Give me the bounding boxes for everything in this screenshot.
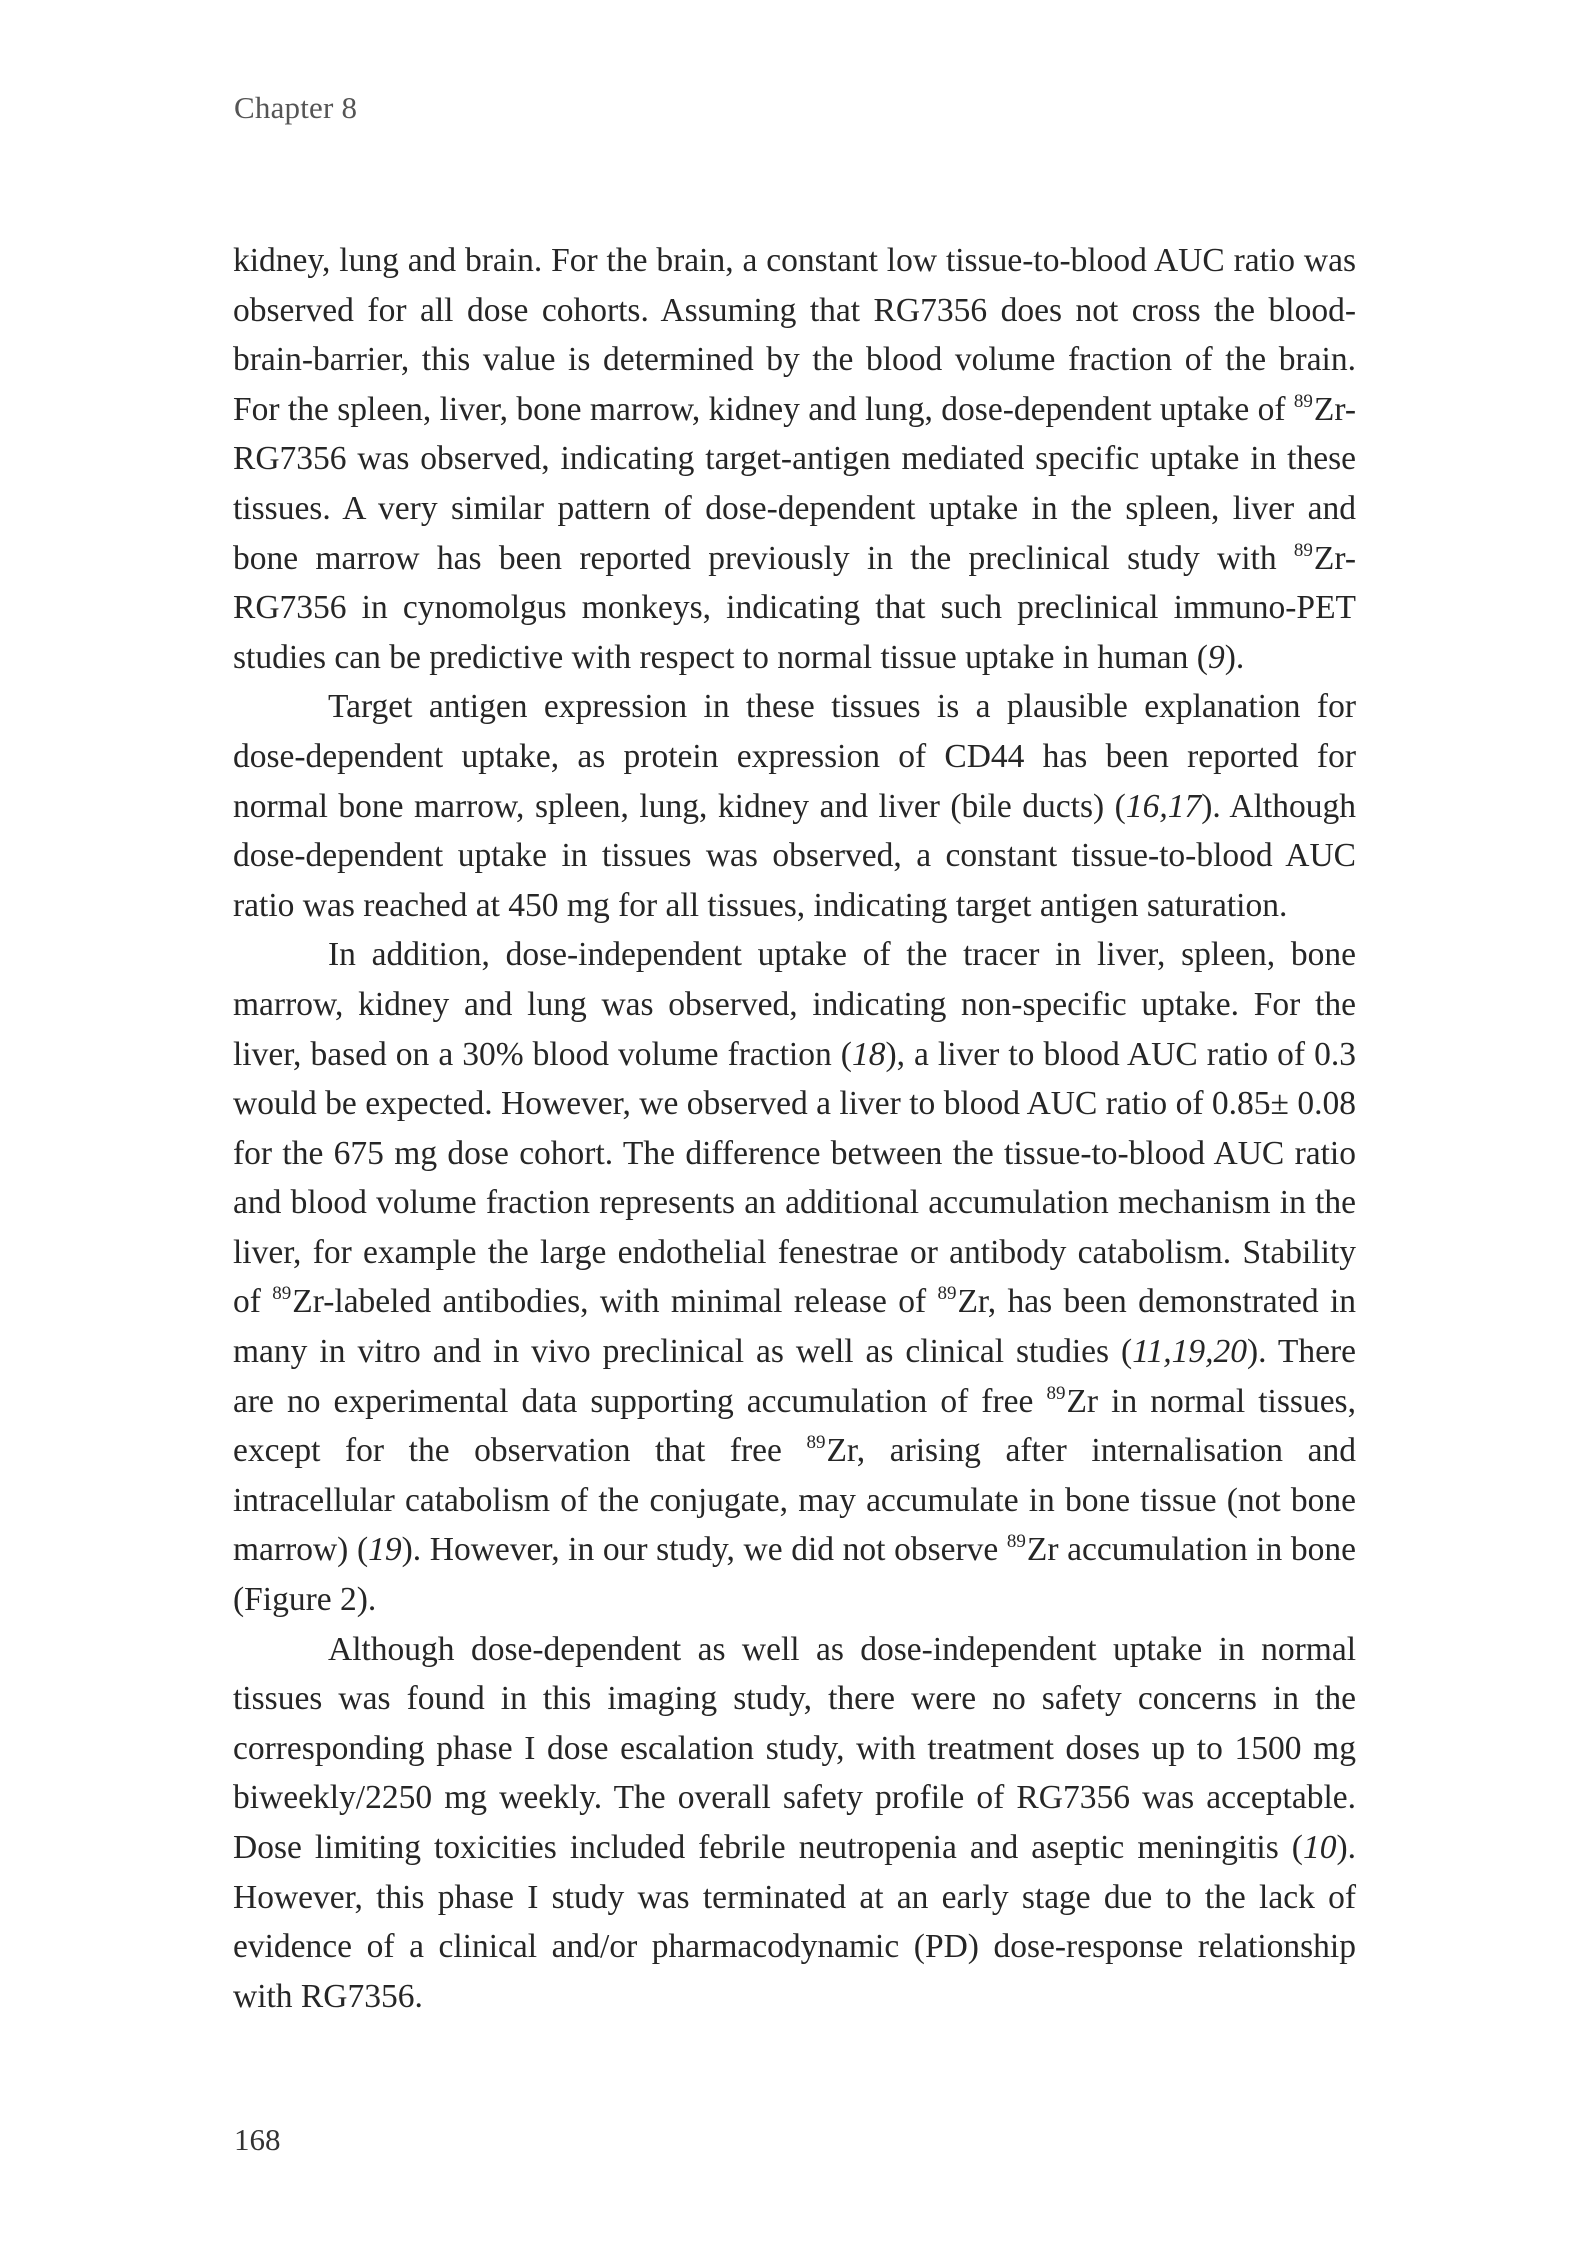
- isotope-superscript: 89: [272, 1283, 291, 1304]
- paragraph-2: Target antigen expression in these tissu…: [233, 682, 1356, 930]
- citation-reference: 10: [1303, 1829, 1337, 1866]
- isotope-superscript: 89: [1007, 1531, 1026, 1552]
- text-run: Zr-labeled antibodies, with minimal rele…: [292, 1283, 937, 1320]
- text-run: kidney, lung and brain. For the brain, a…: [233, 242, 1356, 428]
- citation-reference: 18: [852, 1036, 886, 1073]
- page-number: 168: [234, 2120, 281, 2160]
- isotope-superscript: 89: [806, 1432, 825, 1453]
- citation-reference: 19: [368, 1531, 402, 1568]
- isotope-superscript: 89: [1294, 540, 1313, 561]
- text-run: Although dose-dependent as well as dose-…: [233, 1631, 1356, 1866]
- isotope-superscript: 89: [1294, 391, 1313, 412]
- paragraph-3: In addition, dose-independent uptake of …: [233, 930, 1356, 1624]
- citation-reference: 16,17: [1126, 788, 1201, 825]
- isotope-superscript: 89: [937, 1283, 956, 1304]
- running-head-chapter: Chapter 8: [234, 88, 357, 128]
- paragraph-1: kidney, lung and brain. For the brain, a…: [233, 236, 1356, 682]
- text-run: ). However, in our study, we did not obs…: [402, 1531, 1007, 1568]
- text-run: ), a liver to blood AUC ratio of 0.3 wou…: [233, 1036, 1356, 1321]
- citation-reference: 9: [1208, 639, 1225, 676]
- citation-reference: 11,19,20: [1132, 1333, 1247, 1370]
- isotope-superscript: 89: [1046, 1383, 1065, 1404]
- paragraph-4: Although dose-dependent as well as dose-…: [233, 1625, 1356, 2022]
- text-run: ).: [1225, 639, 1245, 676]
- body-text: kidney, lung and brain. For the brain, a…: [233, 236, 1356, 2021]
